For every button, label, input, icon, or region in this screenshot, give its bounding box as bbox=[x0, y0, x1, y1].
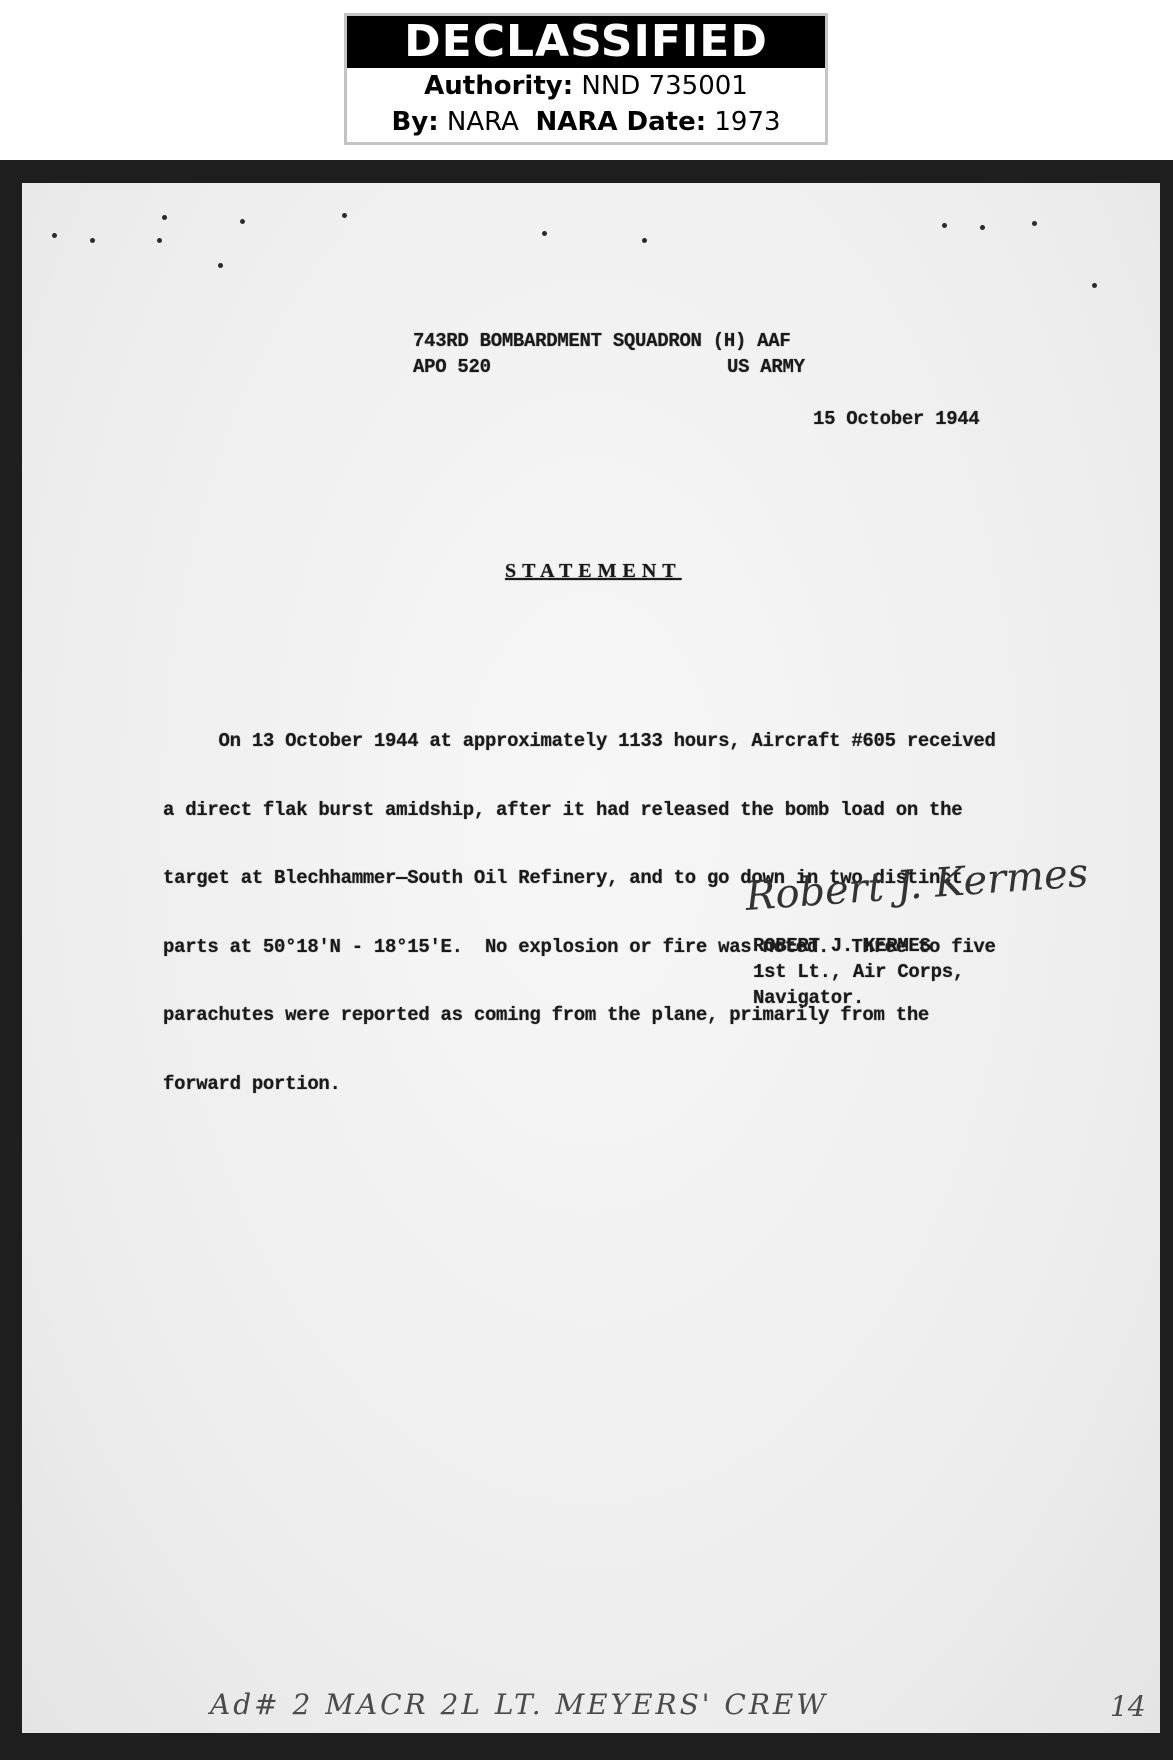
speck bbox=[162, 215, 167, 220]
speck bbox=[157, 238, 162, 243]
speck bbox=[542, 231, 547, 236]
signatory-name: ROBERT J. KERMES bbox=[753, 935, 931, 957]
handwritten-bottom-note: Ad# 2 MACR 2L LT. MEYERS' CREW bbox=[210, 1688, 828, 1721]
letterhead-apo: APO 520 bbox=[413, 356, 491, 378]
letterhead-service: US ARMY bbox=[727, 356, 805, 378]
speck bbox=[218, 263, 223, 268]
handwritten-page-number: 14 bbox=[1110, 1690, 1146, 1723]
nara-date-label: NARA Date: bbox=[535, 107, 706, 137]
speck bbox=[1032, 221, 1037, 226]
authority-value: NND 735001 bbox=[581, 71, 747, 101]
speck bbox=[980, 225, 985, 230]
speck bbox=[942, 223, 947, 228]
body-line: On 13 October 1944 at approximately 1133… bbox=[163, 729, 1063, 754]
declassified-stamp: DECLASSIFIED Authority: NND 735001 By: N… bbox=[344, 13, 828, 145]
speck bbox=[342, 213, 347, 218]
stamp-title: DECLASSIFIED bbox=[347, 16, 825, 68]
signatory-rank: 1st Lt., Air Corps, bbox=[753, 961, 964, 983]
speck bbox=[1092, 283, 1097, 288]
by-value: NARA bbox=[447, 107, 519, 137]
document-title: STATEMENT bbox=[505, 560, 682, 583]
body-line: parachutes were reported as coming from … bbox=[163, 1003, 1063, 1028]
nara-date-value: 1973 bbox=[714, 107, 780, 137]
speck bbox=[90, 238, 95, 243]
signatory-role: Navigator. bbox=[753, 987, 864, 1009]
body-line: forward portion. bbox=[163, 1072, 1063, 1097]
stamp-authority: Authority: NND 735001 bbox=[347, 68, 825, 104]
speck bbox=[642, 238, 647, 243]
authority-label: Authority: bbox=[424, 71, 573, 101]
body-line: a direct flak burst amidship, after it h… bbox=[163, 798, 1063, 823]
speck bbox=[240, 219, 245, 224]
stamp-by: By: NARA NARA Date: 1973 bbox=[347, 104, 825, 140]
by-label: By: bbox=[391, 107, 438, 137]
letter-date: 15 October 1944 bbox=[813, 408, 980, 430]
letterhead-unit: 743RD BOMBARDMENT SQUADRON (H) AAF bbox=[413, 330, 790, 352]
speck bbox=[52, 233, 57, 238]
